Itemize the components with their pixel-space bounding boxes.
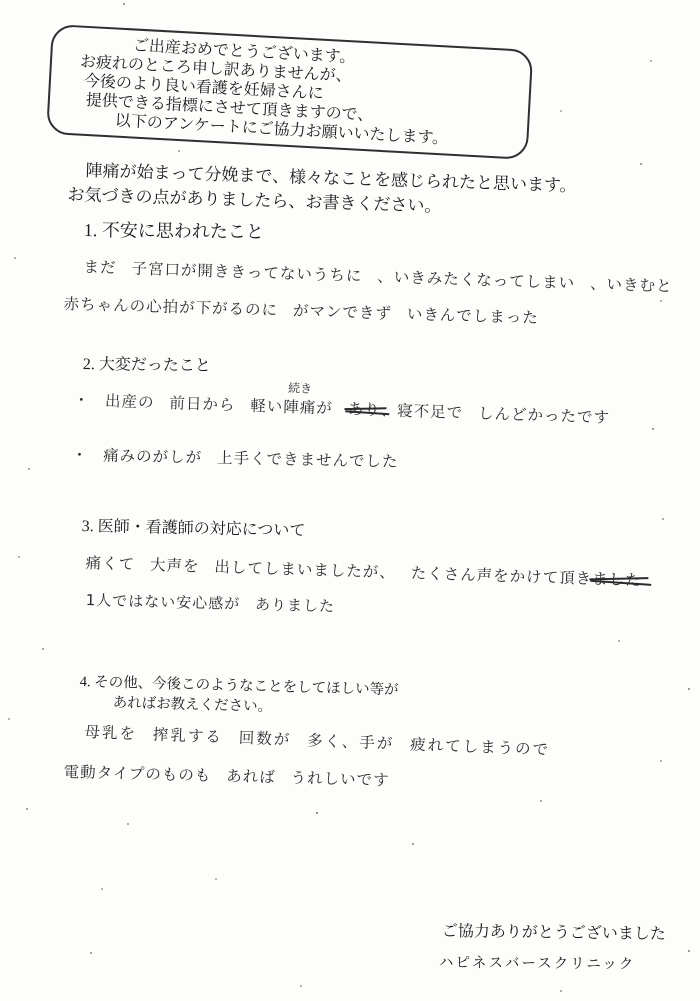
question-4-heading-line-2: あればお教えください。 <box>112 691 272 716</box>
question-1-answer-line-1: まだ 子宮口が開ききってないうちに 、いきみたくなってしまい 、いきむと <box>83 255 673 297</box>
question-3-answer-line-2: 1人ではない安心感が ありました <box>85 589 335 617</box>
question-2-heading: 2. 大変だったこと <box>83 351 211 376</box>
question-1-heading: 1. 不安に思われたこと <box>84 216 264 244</box>
question-2-answer-line-2: ・ 痛みのがしが 上手くできませんでした <box>72 443 399 472</box>
scan-noise-specks <box>123 3 125 5</box>
question-4-answer-line-2: 電動タイプのものも あれば うれしいです <box>63 760 390 791</box>
answer-2-text-after-strike: 、寝不足で しんどかったです <box>380 401 610 427</box>
question-3-answer-line-1: 痛くて 大声を 出してしまいましたが、 たくさん声をかけて頂きました <box>85 551 642 590</box>
footer-clinic-name: ハピネスバースクリニック <box>439 951 636 974</box>
question-4-answer-line-1: 母乳を 搾乳する 回数が 多く、手が 疲れてしまうので <box>84 720 550 760</box>
footer-thanks-text: ご協力ありがとうございました <box>442 918 666 944</box>
greeting-box: ご出産おめでとうございます。 お疲れのところ申し訳ありませんが、 今後のより良い… <box>46 24 533 160</box>
questionnaire-page: ご出産おめでとうございます。 お疲れのところ申し訳ありませんが、 今後のより良い… <box>0 0 700 1001</box>
answer-3-text-before-strike: 痛くて 大声を 出してしまいましたが、 たくさん声をかけて頂き <box>85 554 592 588</box>
question-3-heading: 3. 医師・看護師の対応について <box>82 513 306 541</box>
inserted-correction-word: 続き <box>288 379 313 397</box>
struck-out-word: ました <box>592 567 642 591</box>
struck-out-word: あり <box>347 397 381 420</box>
question-1-answer-line-2: 赤ちゃんの心拍が下がるのに がマンできず いきんでしまった <box>63 292 539 328</box>
question-2-answer-line-1: 続き・ 出産の 前日から 軽い陣痛が あり、寝不足で しんどかったです <box>73 388 610 428</box>
